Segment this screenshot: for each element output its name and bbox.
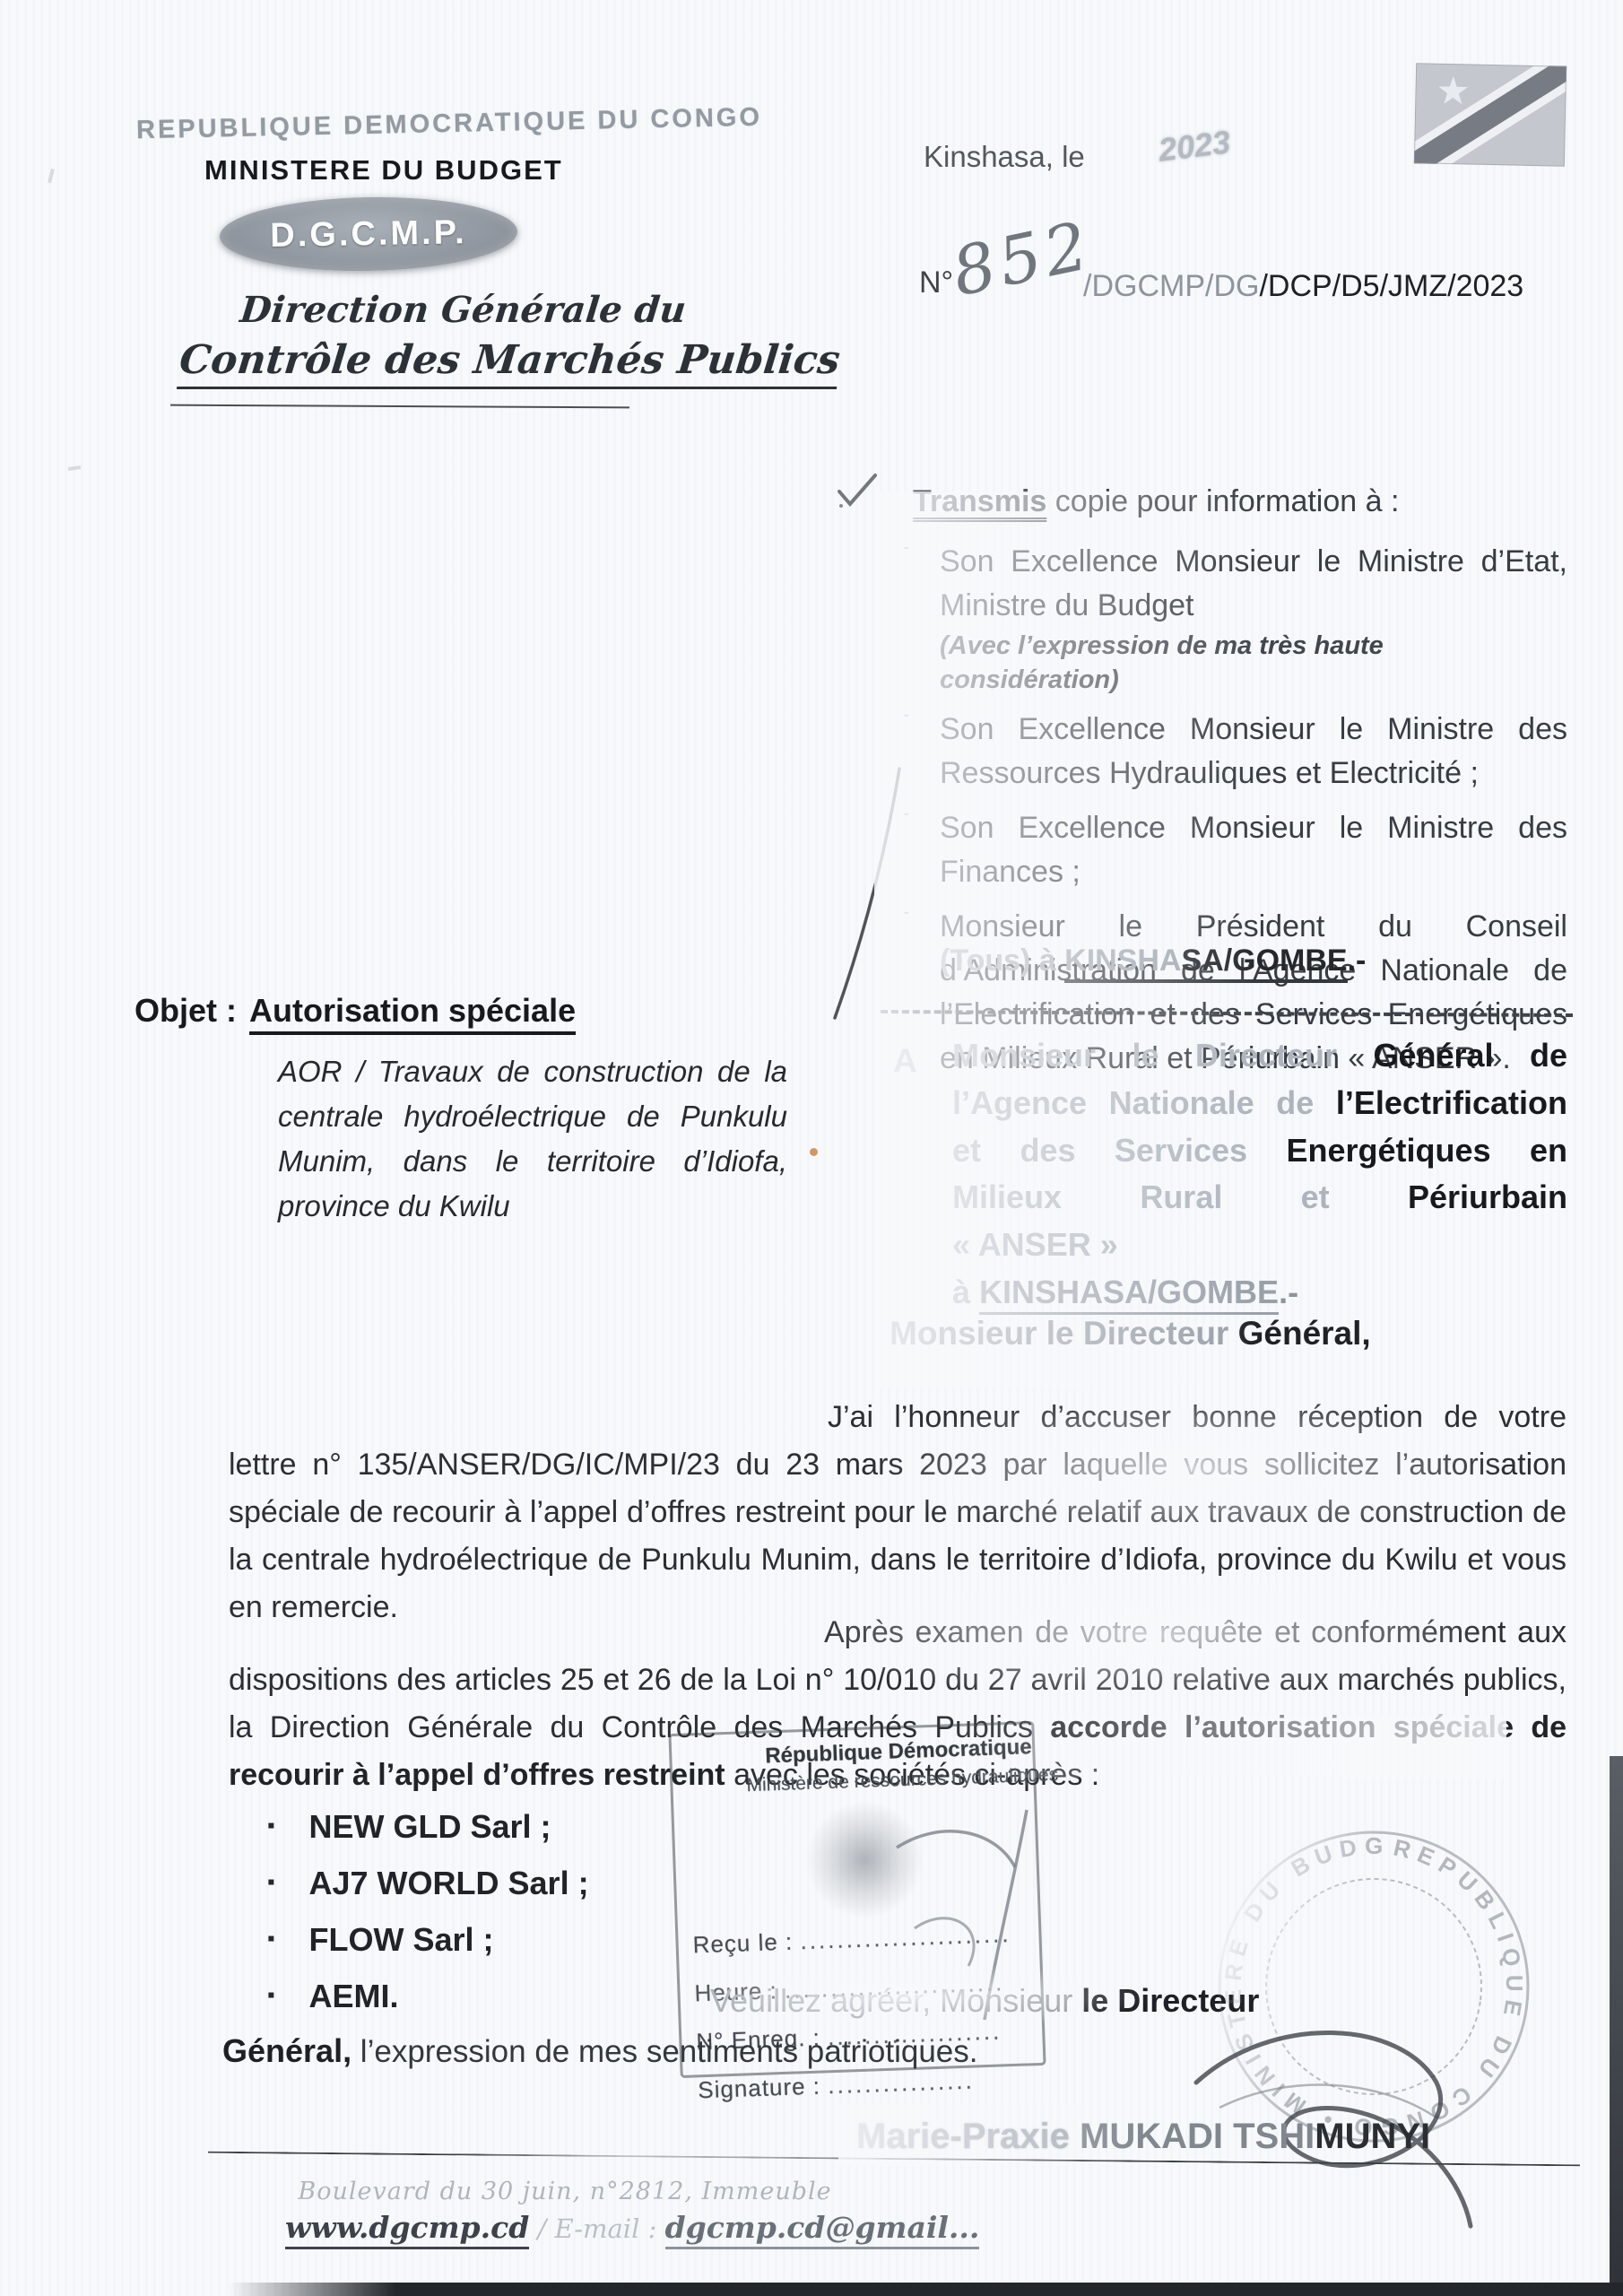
stamp-field: Signature : ................ [698,2066,1017,2104]
scan-smudge [68,465,81,471]
letterhead-direction-line2: Contrôle des Marchés Publics [177,337,842,389]
recipient-line: Milieux Rural et Périurbain [952,1180,1567,1214]
tous-prefix: (Tous) à [940,944,1064,978]
square-bullet: ▪ [267,1870,275,1895]
objet-title: Autorisation spéciale [249,992,576,1035]
transmis-item-text: Son Excellence Monsieur le Ministre d’Et… [940,540,1567,628]
reference-suffix-dark: /DCP/D5/JMZ/2023 [1259,269,1523,303]
recipient-line: Monsieur le Directeur Général de [952,1039,1567,1073]
reference-number-handwritten: 852 [946,207,1099,312]
list-item: - Son Excellence Monsieur le Ministre de… [940,708,1567,796]
pen-slash-mark [820,758,910,1027]
recipient-line: « ANSER » [952,1228,1567,1262]
recipient-to-label: A [893,1042,917,1080]
company-name: AJ7 WORLD Sarl ; [309,1865,589,1901]
transmis-item-text: Son Excellence Monsieur le Ministre des … [940,708,1567,796]
list-item: - Son Excellence Monsieur le Ministre de… [940,806,1567,894]
salutation: Monsieur le Directeur Général, [890,1315,1371,1352]
footer-email-label: / E-mail : [529,2213,664,2244]
letterhead-direction-line1: Direction Générale du [239,289,689,331]
objet-line: Objet :Autorisation spéciale [135,992,576,1030]
list-item: ▪FLOW Sarl ; [267,1921,589,1959]
dash-bullet: - [904,540,908,556]
reference-suffix-faded: /DGCMP/DG [1083,269,1259,303]
objet-description: AOR / Travaux de construction de la cent… [278,1049,787,1230]
dateline-city: Kinshasa, le [924,140,1085,174]
list-item: ▪NEW GLD Sarl ; [267,1808,589,1846]
transmis-heading: Transmis copie pour information à : [913,484,1399,519]
ink-dot-artifact [810,1148,818,1156]
stamp-ministry-line: Ministère de ressources hydrauliques [746,1764,1058,1796]
scan-smudge [48,169,55,183]
transmis-list: - Son Excellence Monsieur le Ministre d’… [940,540,1567,1091]
letterhead-ministry: MINISTERE DU BUDGET [204,154,563,187]
stamped-date: 2023 [1157,123,1233,169]
destination-underlined: KINSHASA/GOMBE [1064,944,1347,983]
recipient-line: à KINSHASA/GOMBE.- [952,1275,1567,1309]
pen-checkmark [834,470,881,511]
company-name: FLOW Sarl ; [309,1921,494,1958]
reference-label: N° [919,265,953,300]
square-bullet: ▪ [267,1813,275,1839]
recipient-block: A Monsieur le Directeur Général de l’Age… [890,1039,1567,1323]
list-item: ▪AJ7 WORLD Sarl ; [267,1865,589,1902]
footer-contacts: www.dgcmp.cd / E-mail : dgcmp.cd@gmail..… [285,2210,979,2245]
dgcmp-oval-logo: D.G.C.M.P. [219,195,517,274]
transmis-item-note: (Avec l’expression de ma très haute cons… [940,630,1567,697]
letterhead-rule [170,404,629,409]
square-bullet: ▪ [267,1983,275,2008]
footer-address: Boulevard du 30 juin, n°2812, Immeuble [269,2178,861,2205]
scanned-letter-page: REPUBLIQUE DEMOCRATIQUE DU CONGO MINISTE… [0,0,1623,2296]
body-paragraph-1: J’ai l’honneur d’accuser bonne réception… [229,1394,1567,1631]
tous-destination-line: (Tous) à KINSHASA/GOMBE.- [940,944,1366,978]
company-name: AEMI. [309,1978,399,2014]
scan-edge-artifact [229,2283,1623,2296]
dgcmp-acronym: D.G.C.M.P. [270,213,467,256]
transmis-rest: copie pour information à : [1046,484,1399,518]
closing-line-2: Général, l’expression de mes sentiments … [222,2032,977,2070]
recipient-line: et des Services Energétiques en [952,1134,1567,1168]
destination-underlined: KINSHASA/GOMBE [979,1274,1279,1315]
footer-website: www.dgcmp.cd [285,2210,529,2249]
drc-flag-icon [1414,63,1567,166]
letterhead-country: REPUBLIQUE DEMOCRATIQUE DU CONGO [136,103,763,146]
list-item: ▪AEMI. [267,1978,589,2015]
dash-bullet: - [904,708,908,724]
transmis-item-text: Son Excellence Monsieur le Ministre des … [940,806,1567,894]
recipient-line: l’Agence Nationale de l’Electrification [952,1086,1567,1120]
footer-email: dgcmp.cd@gmail... [665,2210,980,2249]
scan-edge-artifact [1610,1756,1623,2296]
objet-label: Objet : [135,992,237,1029]
company-name: NEW GLD Sarl ; [309,1808,551,1845]
companies-list: ▪NEW GLD Sarl ; ▪AJ7 WORLD Sarl ; ▪FLOW … [267,1808,589,2034]
stamp-republic-line: République Démocratique [765,1735,1032,1769]
square-bullet: ▪ [267,1926,275,1952]
reference-suffix: /DGCMP/DG/DCP/D5/JMZ/2023 [1083,269,1523,304]
signatory-name: Marie-Praxie MUKADI TSHIMUNYI [856,2117,1430,2157]
transmis-word: Transmis [913,484,1046,518]
list-item: - Son Excellence Monsieur le Ministre d’… [940,540,1567,697]
